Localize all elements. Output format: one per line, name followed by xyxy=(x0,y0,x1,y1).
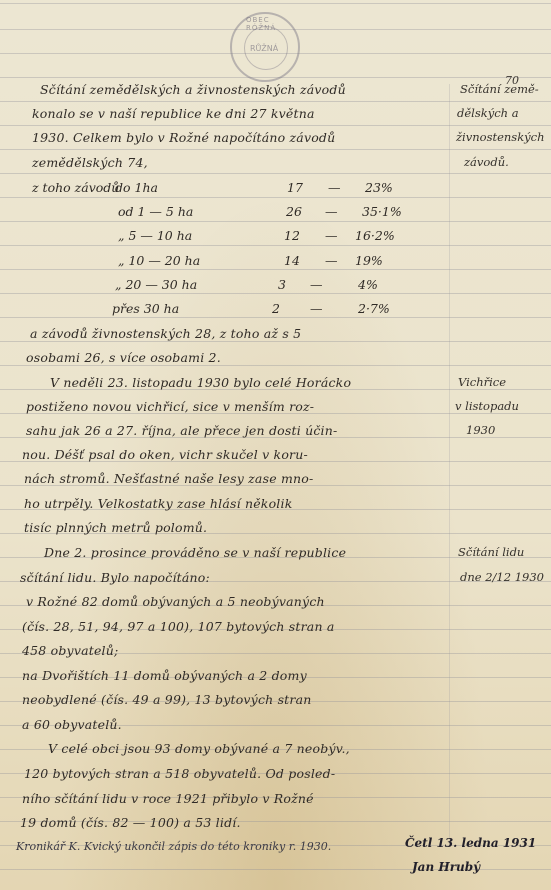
text-line: a 60 obyvatelů. xyxy=(22,717,122,732)
signature-name: Jan Hrubý xyxy=(412,860,480,874)
text-line: Sčítání zemědělských a živnostenských zá… xyxy=(40,82,346,97)
table-range: přes 30 ha xyxy=(112,301,179,316)
text-line: 1930. Celkem bylo v Rožné napočítáno záv… xyxy=(32,130,335,145)
margin-note-line: dne 2/12 1930 xyxy=(460,570,544,584)
signature-place-date: Četl 13. ledna 1931 xyxy=(405,836,536,850)
table-range: „ 20 — 30 ha xyxy=(115,277,197,292)
table-dash: — xyxy=(310,277,323,292)
text-line: postiženo novou vichřicí, sice v menším … xyxy=(26,399,314,414)
margin-note-line: 1930 xyxy=(466,423,495,437)
table-dash: — xyxy=(310,301,323,316)
margin-note-line: závodů. xyxy=(464,155,509,169)
text-line: Dne 2. prosince prováděno se v naší repu… xyxy=(44,545,346,560)
table-dash: — xyxy=(325,253,338,268)
text-line: sčítání lidu. Bylo napočítáno: xyxy=(20,570,210,585)
text-line: 120 bytových stran a 518 obyvatelů. Od p… xyxy=(24,766,335,781)
table-count: 17 xyxy=(287,180,303,195)
table-count: 3 xyxy=(278,277,286,292)
text-line: (čís. 28, 51, 94, 97 a 100), 107 bytovýc… xyxy=(22,619,335,634)
margin-note-line: dělských a xyxy=(457,106,519,120)
table-percent: 19% xyxy=(355,253,383,268)
table-range: „ 10 — 20 ha xyxy=(118,253,200,268)
text-line: konalo se v naší republice ke dni 27 kvě… xyxy=(32,106,315,121)
text-line: na Dvořištích 11 domů obývaných a 2 domy xyxy=(22,668,307,683)
stamp-seal: OBEC RÓŽNÁ RŮŽNÁ xyxy=(230,12,300,82)
text-line: 19 domů (čís. 82 — 100) a 53 lidí. xyxy=(20,815,241,830)
chronicler-note: Kronikář K. Kvický ukončil zápis do této… xyxy=(16,840,331,853)
table-range: od 1 — 5 ha xyxy=(118,204,193,219)
margin-note-line: Sčítání země- xyxy=(460,82,539,96)
table-percent: 4% xyxy=(358,277,378,292)
margin-note-line: Vichřice xyxy=(458,375,506,389)
table-count: 26 xyxy=(286,204,302,219)
table-range: do 1ha xyxy=(115,180,158,195)
table-count: 12 xyxy=(284,228,300,243)
margin-note-line: v listopadu xyxy=(455,399,519,413)
table-percent: 16·2% xyxy=(355,228,395,243)
text-line: a závodů živnostenských 28, z toho až s … xyxy=(30,326,301,341)
text-line: ního sčítání lidu v roce 1921 přibylo v … xyxy=(22,791,314,806)
chronicle-page: OBEC RÓŽNÁ RŮŽNÁ 70 Sčítání zemědělských… xyxy=(0,0,551,890)
table-dash: — xyxy=(328,180,341,195)
table-dash: — xyxy=(325,228,338,243)
text-line: V celé obci jsou 93 domy obývané a 7 neo… xyxy=(48,741,350,756)
margin-note-line: živnostenských xyxy=(456,130,545,144)
text-line: tisíc plnných metrů polomů. xyxy=(24,520,207,535)
table-count: 2 xyxy=(272,301,280,316)
table-intro: z toho závodů xyxy=(32,180,119,195)
text-line: neobydlené (čís. 49 a 99), 13 bytových s… xyxy=(22,692,311,707)
text-line: V neděli 23. listopadu 1930 bylo celé Ho… xyxy=(50,375,351,390)
text-line: v Rožné 82 domů obývaných a 5 neobývanýc… xyxy=(26,594,325,609)
table-percent: 23% xyxy=(365,180,393,195)
table-range: „ 5 — 10 ha xyxy=(118,228,192,243)
table-count: 14 xyxy=(284,253,300,268)
table-percent: 35·1% xyxy=(362,204,402,219)
margin-rule xyxy=(449,84,450,844)
text-line: zemědělských 74, xyxy=(32,155,148,170)
text-line: osobami 26, s více osobami 2. xyxy=(26,350,221,365)
stamp-top-text: OBEC RÓŽNÁ xyxy=(246,16,298,32)
text-line: 458 obyvatelů; xyxy=(22,643,118,658)
text-line: sahu jak 26 a 27. října, ale přece jen d… xyxy=(26,423,337,438)
table-percent: 2·7% xyxy=(358,301,390,316)
text-line: ho utrpěly. Velkostatky zase hlásí někol… xyxy=(24,496,292,511)
text-line: nou. Déšť psal do oken, vichr skučel v k… xyxy=(22,447,308,462)
margin-note-line: Sčítání lidu xyxy=(458,545,524,559)
text-line: nách stromů. Nešťastné naše lesy zase mn… xyxy=(24,471,313,486)
table-dash: — xyxy=(325,204,338,219)
stamp-center-text: RŮŽNÁ xyxy=(250,44,278,53)
